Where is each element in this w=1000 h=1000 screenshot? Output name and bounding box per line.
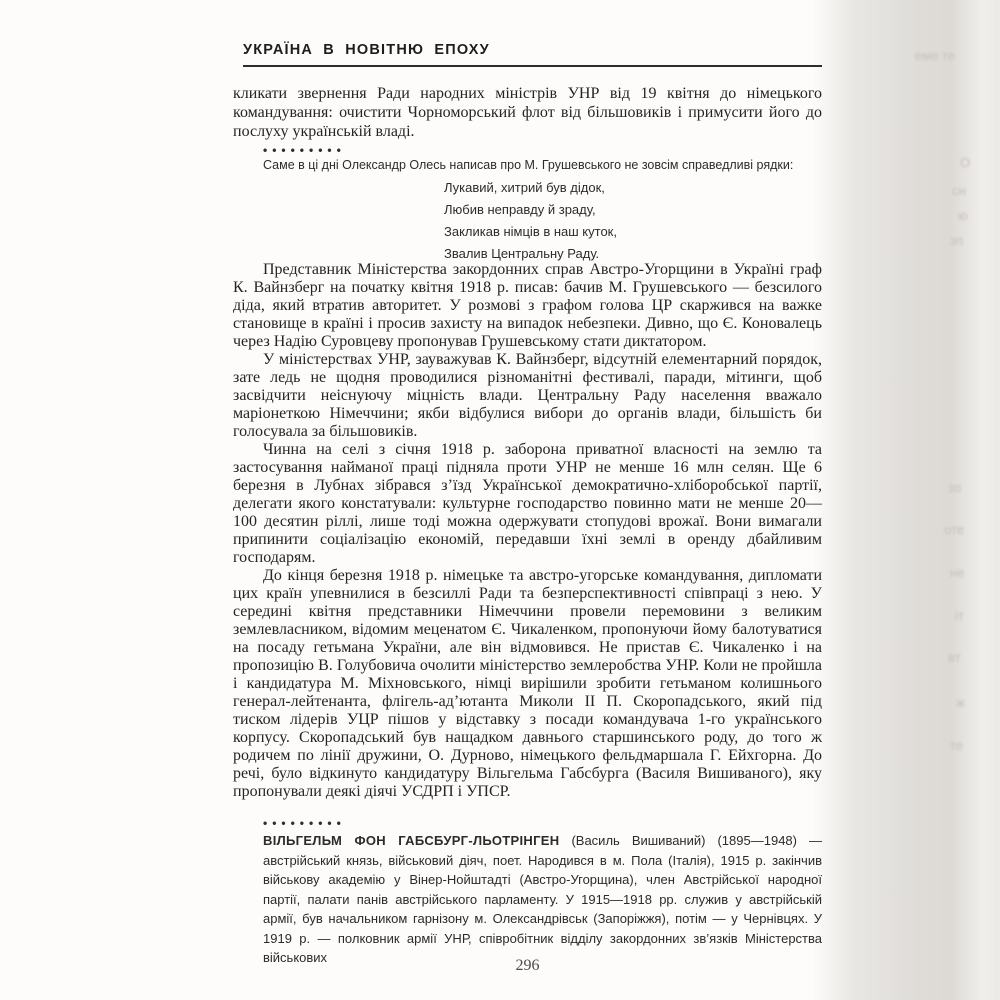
poem-quote: Лукавий, хитрий був дідок, Любив неправд… xyxy=(444,177,617,265)
page-edge-shadow xyxy=(812,0,1000,1000)
poem-line: Закликав німців в наш куток, xyxy=(444,221,617,243)
body-text-main: Представник Міністерства закордонних спр… xyxy=(233,261,822,801)
separator-dots: ••••••••• xyxy=(263,143,346,157)
ghost-bleedthrough-text: еме те xyxy=(915,48,955,63)
footnote-text: (Василь Вишиваний) (1895—1948) — австрій… xyxy=(263,833,822,965)
ghost-bleedthrough-text: ю xyxy=(958,208,968,223)
ghost-bleedthrough-text: вт xyxy=(948,650,961,665)
quote-intro: Саме в ці дні Олександр Олесь написав пр… xyxy=(263,158,803,172)
paragraph: У міністерствах УНР, зауважував К. Вайнз… xyxy=(233,351,822,441)
biographical-footnote: ВІЛЬГЕЛЬМ ФОН ГАБСБУРГ-ЛЬОТРІНГЕН (Васил… xyxy=(263,831,822,968)
page-number: 296 xyxy=(233,957,822,975)
footnote-subject-name: ВІЛЬГЕЛЬМ ФОН ГАБСБУРГ-ЛЬОТРІНГЕН xyxy=(263,833,559,848)
paragraph: До кінця березня 1918 р. німецьке та авс… xyxy=(233,567,822,801)
paragraph: Представник Міністерства закордонних спр… xyxy=(233,261,822,351)
ghost-bleedthrough-text: іт xyxy=(955,608,964,623)
poem-line: Любив неправду й зраду, xyxy=(444,199,617,221)
ghost-bleedthrough-text: сн xyxy=(952,183,966,198)
ghost-bleedthrough-text: зп xyxy=(950,233,963,248)
ghost-bleedthrough-text: оте xyxy=(944,522,964,537)
body-text-top: кликати звернення Ради народних міністрі… xyxy=(233,84,822,141)
paragraph: кликати звернення Ради народних міністрі… xyxy=(233,84,822,141)
scanned-book-page: еме теОснюзпзоотенеітвтжте УКРАЇНА В НОВ… xyxy=(0,0,1000,1000)
ghost-bleedthrough-text: не xyxy=(950,565,964,580)
paragraph: Чинна на селі з січня 1918 р. заборона п… xyxy=(233,441,822,567)
ghost-bleedthrough-text: О xyxy=(960,155,970,170)
ghost-bleedthrough-text: те xyxy=(950,738,963,753)
ghost-bleedthrough-text: зо xyxy=(948,480,961,495)
poem-line: Лукавий, хитрий був дідок, xyxy=(444,177,617,199)
running-header: УКРАЇНА В НОВІТНЮ ЕПОХУ xyxy=(243,42,822,67)
ghost-bleedthrough-text: ж xyxy=(956,695,965,710)
separator-dots: ••••••••• xyxy=(263,816,346,830)
